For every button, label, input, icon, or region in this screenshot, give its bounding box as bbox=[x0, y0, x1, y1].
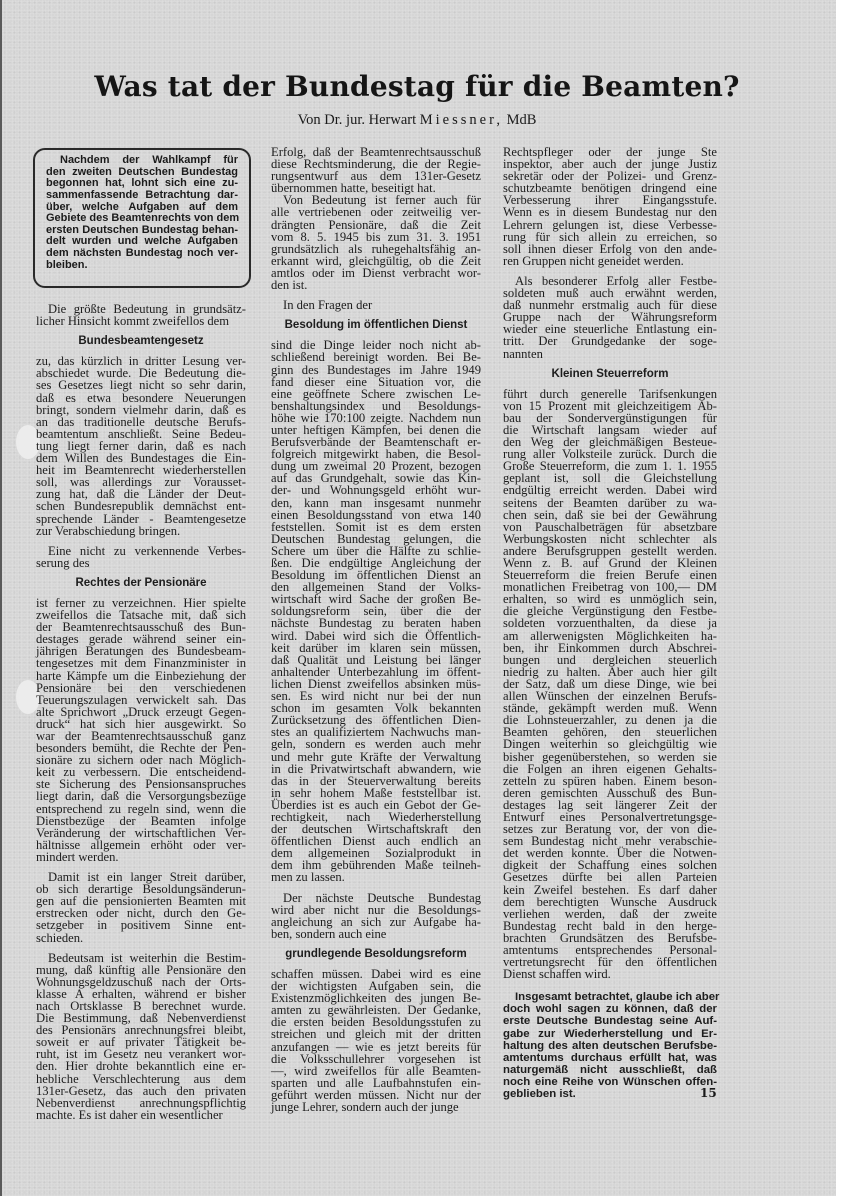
page-number: 15 bbox=[700, 1086, 717, 1100]
column-middle: Erfolg, daß der Beamtenrechtsausschußdie… bbox=[271, 146, 481, 1113]
byline-author-name: Miessner, bbox=[420, 112, 503, 128]
text-line: von Pauschalbeträgen für absetzbare bbox=[503, 521, 717, 533]
text-line: licher Hinsicht kommt zweifellos dem bbox=[36, 315, 246, 327]
text-line: Der nächste Deutsche Bundestag bbox=[271, 892, 481, 904]
text-line: junge Lehrer, sondern auch der junge bbox=[271, 1101, 481, 1113]
text-line: soldeten vorzuenthalten, da diese ja bbox=[503, 617, 717, 629]
text-line: setzgeber in positivem Sinne ent- bbox=[36, 919, 246, 931]
text-line: tritt. Der Grundgedanke der soge- bbox=[503, 335, 717, 347]
text-line: und mehr gute Kräfte der Verwaltung bbox=[271, 751, 481, 763]
text-line: alle vertriebenen oder zeitweilig ver- bbox=[271, 206, 481, 218]
text-line: bringt, sondern vielmehr darin, daß es bbox=[36, 404, 246, 416]
text-line: Gesetzes dürfte bei allen Parteien bbox=[503, 871, 717, 883]
text-line: Dingen weiterhin so gleichgültig wie bbox=[503, 738, 717, 750]
intro-line: sammenfassende Betrachtung dar- bbox=[46, 190, 238, 202]
text-line: feststellen. Somit ist es dem ersten bbox=[271, 521, 481, 533]
text-line: fand dieser eine Situation vor, die bbox=[271, 376, 481, 388]
text-line: amtentums durchaus erfüllt hat, was bbox=[503, 1052, 717, 1064]
text-line: wird aber nicht nur die Besoldungs- bbox=[271, 904, 481, 916]
text-line: endgültig erreicht werden. Dabei wird bbox=[503, 484, 717, 496]
text-line: Dienstbezüge der Beamten infolge bbox=[36, 815, 246, 827]
text-line: entsprechend zu regeln sind, wenn die bbox=[36, 803, 246, 815]
intro-line: Nachdem der Wahlkampf für bbox=[46, 155, 238, 167]
text-line: zetteln zu spüren haben. Einem beson- bbox=[503, 775, 717, 787]
text-line: das in der Steuerverwaltung bereits bbox=[271, 775, 481, 787]
text-line: naturgemäß nicht ausschließt, daß bbox=[503, 1064, 717, 1076]
text-line: wird. Dabei wird sich die Öffentlich- bbox=[271, 630, 481, 642]
column-right: Rechtspfleger oder der junge Steinspekto… bbox=[503, 146, 717, 1100]
text-line: Insgesamt betrachtet, glaube ich aber bbox=[503, 991, 717, 1003]
text-line: 131er-Gesetz, das auch den privaten bbox=[36, 1085, 246, 1097]
text-line: Pensionäre bei den verschiedenen bbox=[36, 682, 246, 694]
text-line: gabe zur Wiederherstellung und Er- bbox=[503, 1028, 717, 1040]
text-line: am allerwenigsten Möglichkeiten ha- bbox=[503, 630, 717, 642]
text-line: mindert werden. bbox=[36, 851, 246, 863]
text-line: anzufangen — wie es jetzt bereits für bbox=[271, 1041, 481, 1053]
text-line: ben, ihr Einkommen durch Abschrei- bbox=[503, 642, 717, 654]
text-line: angleichung an sich zur Aufgabe ha- bbox=[271, 916, 481, 928]
section-heading: Besoldung im öffentlichen Dienst bbox=[271, 319, 481, 331]
text-line: nannten bbox=[503, 348, 717, 360]
text-line: in die Privatwirtschaft abwandern, wie bbox=[271, 763, 481, 775]
text-line: harte Kämpfe um die Einbeziehung der bbox=[36, 670, 246, 682]
text-line: kein Zweifel bestehen. Es darf daher bbox=[503, 884, 717, 896]
text-line: ren Gruppen nicht geneidet werden. bbox=[503, 255, 717, 267]
text-line: geblieben ist. bbox=[503, 1088, 717, 1100]
text-line: die Folgen an ihren eigenen Gehalts- bbox=[503, 763, 717, 775]
text-line: sprechende Länder - Beamtengesetze bbox=[36, 513, 246, 525]
text-line: einen Besoldungsstand von etwa 140 bbox=[271, 509, 481, 521]
text-line: erste Deutsche Bundestag seine Auf- bbox=[503, 1015, 717, 1027]
text-line: den ist. bbox=[271, 279, 481, 291]
text-line: doch wohl sagen zu können, daß der bbox=[503, 1003, 717, 1015]
byline-suffix: MdB bbox=[507, 112, 537, 128]
article-title: Was tat der Bundestag für die Beamten? bbox=[0, 70, 834, 103]
text-line: drängten Pensionäre, daß die Zeit bbox=[271, 219, 481, 231]
column-left: Die größte Bedeutung in grundsätz-licher… bbox=[36, 303, 246, 1121]
byline-prefix: Von Dr. jur. Herwart bbox=[298, 112, 417, 128]
text-line: noch eine Reihe von Wünschen offen- bbox=[503, 1076, 717, 1088]
text-line: Eine nicht zu verkennende Verbes- bbox=[36, 545, 246, 557]
text-line: den. Hier drohte bekanntlich eine er- bbox=[36, 1060, 246, 1072]
text-line: haltung des alten deutschen Berufsbe- bbox=[503, 1040, 717, 1052]
text-line: ses Gesetzes liegt nicht so sehr darin, bbox=[36, 379, 246, 391]
text-line: schen Bundesrepublik demnächst ent- bbox=[36, 500, 246, 512]
text-line: keit darüber im klaren sein müssen, bbox=[271, 642, 481, 654]
text-line: den, kann man insgesamt nunmehr bbox=[271, 497, 481, 509]
text-line: Teuerungszulagen verwickelt sah. Das bbox=[36, 694, 246, 706]
section-heading: Bundesbeamtengesetz bbox=[36, 335, 246, 347]
text-line: chen sein, daß sie bei der Gewährung bbox=[503, 509, 717, 521]
text-line: der- und Wohnungsgeld erhöht wur- bbox=[271, 484, 481, 496]
text-line: Nebenverdienst anrechnungspflichtig bbox=[36, 1097, 246, 1109]
section-heading: Rechtes der Pensionäre bbox=[36, 577, 246, 589]
text-line: geln, sondern es werden auch mehr bbox=[271, 738, 481, 750]
text-line: seitens der Beamten darüber zu wa- bbox=[503, 497, 717, 509]
text-line: die Volksschullehrer vorgesehen ist bbox=[271, 1053, 481, 1065]
text-line: verliehen werden, daß der zweite bbox=[503, 908, 717, 920]
text-line: führt durch generelle Tarifsenkungen bbox=[503, 388, 717, 400]
text-line: eine geöffnete Schere zwischen Le- bbox=[271, 388, 481, 400]
intro-box-text: Nachdem der Wahlkampf fürden zweiten Deu… bbox=[46, 155, 238, 271]
text-line: rung für sich allein zu erreichen, so bbox=[503, 231, 717, 243]
text-line: hebliche Verschlechterung aus dem bbox=[36, 1073, 246, 1085]
text-line: bisher gegenüberstehen, so werden sie bbox=[503, 751, 717, 763]
text-line: ben, sondern auch eine bbox=[271, 928, 481, 940]
article-byline: Von Dr. jur. Herwart Miessner, MdB bbox=[0, 112, 834, 129]
text-line: Bedeutsam ist weiterhin die Bestim- bbox=[36, 952, 246, 964]
text-line: Wenn es in diesem Bundestag nur den bbox=[503, 206, 717, 218]
section-heading: grundlegende Besoldungsreform bbox=[271, 948, 481, 960]
text-line: schieden. bbox=[36, 932, 246, 944]
text-line: schließend bereinigt worden. Bei Be- bbox=[271, 351, 481, 363]
text-line: mung, daß künftig alle Pensionäre den bbox=[36, 964, 246, 976]
text-line: men zu lassen. bbox=[271, 871, 481, 883]
text-line: ginn des Bundestages im Jahre 1949 bbox=[271, 364, 481, 376]
text-line: Lehrern gelungen ist, diese Verbesse- bbox=[503, 219, 717, 231]
text-line: streichen und gleich mit der dritten bbox=[271, 1028, 481, 1040]
text-line: nächste Bundestag zu beraten haben bbox=[271, 617, 481, 629]
section-heading: Kleinen Steuerreform bbox=[503, 368, 717, 380]
text-line: dem berechtigten Wunsche Ausdruck bbox=[503, 896, 717, 908]
text-line: serung des bbox=[36, 557, 246, 569]
text-line: machte. Es ist daher ein wesentlicher bbox=[36, 1109, 246, 1121]
text-line: liegt darin, daß die Versorgungsbezüge bbox=[36, 790, 246, 802]
text-line: vom 8. 5. 1945 bis zum 31. 3. 1951 bbox=[271, 231, 481, 243]
intro-line: bleiben. bbox=[46, 260, 238, 272]
text-line: In den Fragen der bbox=[271, 299, 481, 311]
text-line: Dienst schaffen wird. bbox=[503, 968, 717, 980]
text-line: tengesetzes mit dem Finanzminister in bbox=[36, 657, 246, 669]
text-line: zur Verabschiedung bringen. bbox=[36, 525, 246, 537]
text-line: daß es etwa besondere Neuerungen bbox=[36, 392, 246, 404]
